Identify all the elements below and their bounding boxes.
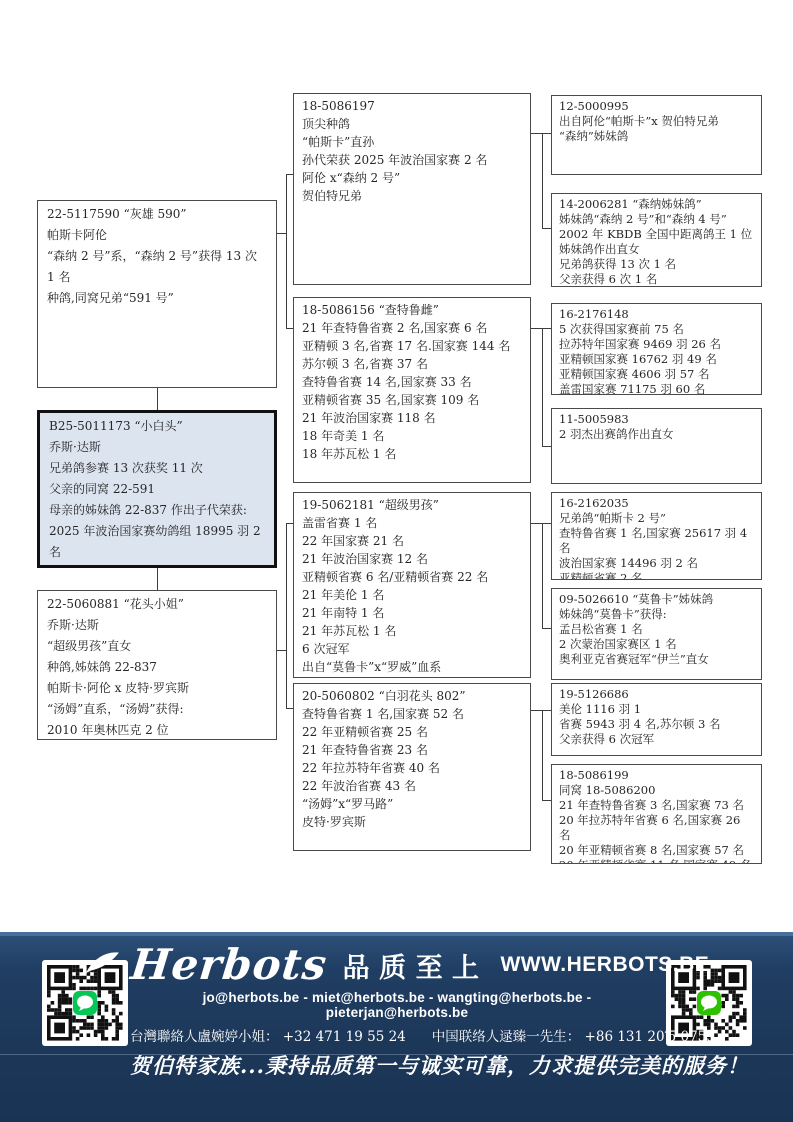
pedigree-box-line: 21 年查特鲁省赛 23 名 xyxy=(302,741,522,759)
pedigree-box-line: 21 年南特 1 名 xyxy=(302,604,522,622)
pedigree-box-line: “超级男孩”直女 xyxy=(47,636,267,657)
connector-line xyxy=(286,708,293,709)
pedigree-box-line: 顶尖种鸽 xyxy=(302,115,522,133)
connector-line xyxy=(542,800,551,801)
pedigree-box-22-5060881: 22-5060881 “花头小姐”乔斯·达斯“超级男孩”直女种鸽,姊妹鸽 22-… xyxy=(37,590,277,740)
pedigree-box-11-5005983: 11-50059832 羽杰出赛鸽作出直女 xyxy=(551,408,762,484)
connector-line xyxy=(286,328,293,329)
pedigree-box-19-5126686: 19-5126686美伦 1116 羽 1省赛 5943 羽 4 名,苏尔顿 3… xyxy=(551,683,762,756)
pedigree-box-line: 兄弟鸽“帕斯卡 2 号” xyxy=(559,511,754,526)
pedigree-box-line: 查特鲁省赛 1 名,国家赛 25617 羽 4 名 xyxy=(559,526,754,556)
pedigree-box-16-2162035: 16-2162035兄弟鸽“帕斯卡 2 号”查特鲁省赛 1 名,国家赛 2561… xyxy=(551,492,762,580)
footer-emails: jo@herbots.be - miet@herbots.be - wangti… xyxy=(130,990,664,1020)
pedigree-box-line: 22 年波治省赛 43 名 xyxy=(302,777,522,795)
herbots-logo: Herbots xyxy=(129,945,329,985)
pedigree-box-line: 兄弟鸽参赛 13 次获奖 11 次 xyxy=(49,458,265,479)
connector-line xyxy=(277,650,286,651)
pedigree-box-20-5060802: 20-5060802 “白羽花头 802”查特鲁省赛 1 名,国家赛 52 名2… xyxy=(293,683,531,851)
footer-website: WWW.HERBOTS.BE xyxy=(500,953,709,977)
pedigree-box-line: 孟吕松省赛 1 名 xyxy=(559,622,754,637)
pedigree-box-line: 姊妹鸽“森纳 2 号”和“森纳 4 号” xyxy=(559,212,754,227)
pedigree-page: 22-5117590 “灰雄 590”帕斯卡阿伦“森纳 2 号”系，“森纳 2 … xyxy=(0,0,793,1122)
pedigree-box-line: 父亲获得 6 次 1 名 xyxy=(559,272,754,287)
pedigree-box-title: 12-5000995 xyxy=(559,99,754,114)
pedigree-box-line: 22 年亚精顿省赛 25 名 xyxy=(302,723,522,741)
contact-taiwan: 台灣聯絡人盧婉婷小姐： +32 471 19 55 24 xyxy=(130,1029,406,1045)
pedigree-box-title: 14-2006281 “森纳姊妹鸽” xyxy=(559,197,754,212)
pedigree-box-18-5086199: 18-5086199同窝 18-508620021 年查特鲁省赛 3 名,国家赛… xyxy=(551,764,762,864)
pedigree-box-line: 亚精顿国家赛 4606 羽 57 名 xyxy=(559,367,754,382)
pedigree-box-line: 亚精顿 3 名,省赛 17 名.国家赛 144 名 xyxy=(302,337,522,355)
footer-center: Herbots 品质至上 WWW.HERBOTS.BE jo@herbots.b… xyxy=(130,942,664,1080)
pedigree-box-title: B25-5011173 “小白头” xyxy=(49,416,265,437)
connector-line xyxy=(542,228,551,229)
pedigree-box-line: 21 年波治国家赛 12 名 xyxy=(302,550,522,568)
footer-contacts: 台灣聯絡人盧婉婷小姐： +32 471 19 55 24中国联络人逯臻一先生： … xyxy=(130,1025,664,1045)
pedigree-box-line: 亚精顿省赛 2 名 xyxy=(559,571,754,580)
pedigree-box-line: 皮特·罗宾斯 xyxy=(302,813,522,831)
pedigree-box-line: “森纳”姊妹鸽 xyxy=(559,129,754,144)
connector-line xyxy=(542,523,543,628)
pedigree-box-line: 5 次获得国家赛前 75 名 xyxy=(559,322,754,337)
pedigree-box-line: 亚精顿国家赛 16762 羽 49 名 xyxy=(559,352,754,367)
pedigree-box-line: 省赛 5943 羽 4 名,苏尔顿 3 名 xyxy=(559,717,754,732)
connector-line xyxy=(531,523,551,524)
pedigree-box-line: 贺伯特兄弟 xyxy=(302,187,522,205)
pedigree-box-22-5117590: 22-5117590 “灰雄 590”帕斯卡阿伦“森纳 2 号”系，“森纳 2 … xyxy=(37,200,277,388)
pedigree-box-line: 同窝 18-5086200 xyxy=(559,783,754,798)
pedigree-box-16-2176148: 16-21761485 次获得国家赛前 75 名拉苏特年国家赛 9469 羽 2… xyxy=(551,303,762,395)
pedigree-box-line: “汤姆”直系，“汤姆”获得: xyxy=(47,699,267,720)
pedigree-box-title: 18-5086199 xyxy=(559,768,754,783)
pedigree-box-line: 18 年苏瓦松 1 名 xyxy=(302,445,522,463)
connector-line xyxy=(542,710,543,800)
footer-slogan: 品质至上 xyxy=(343,946,489,985)
pedigree-box-line: 波治国家赛 14496 羽 2 名 xyxy=(559,556,754,571)
pedigree-box-line: 拉苏特年国家赛 9469 羽 26 名 xyxy=(559,337,754,352)
pedigree-box-line: 21 年美伦 1 名 xyxy=(302,586,522,604)
pedigree-box-line: 出自“莫鲁卡”x“罗威”血系 xyxy=(302,658,522,676)
feather-icon xyxy=(85,950,119,980)
pedigree-box-title: 22-5060881 “花头小姐” xyxy=(47,594,267,615)
pedigree-box-line: “帕斯卡”直孙 xyxy=(302,133,522,151)
connector-line xyxy=(157,568,158,590)
pedigree-box-line: 22 年国家赛 21 名 xyxy=(302,532,522,550)
pedigree-box-14-2006281: 14-2006281 “森纳姊妹鸽”姊妹鸽“森纳 2 号”和“森纳 4 号”20… xyxy=(551,193,762,287)
pedigree-box-line: 21 年查特鲁省赛 2 名,国家赛 6 名 xyxy=(302,319,522,337)
footer-brand-row: Herbots 品质至上 WWW.HERBOTS.BE xyxy=(130,942,664,988)
connector-line xyxy=(286,174,293,175)
pedigree-box-line: 2025 年波治国家赛幼鸽组 18995 羽 2 名 xyxy=(49,521,265,563)
pedigree-box-line: 查特鲁省赛 14 名,国家赛 33 名 xyxy=(302,373,522,391)
pedigree-box-line: 20 年亚精顿省赛 11 名,国家赛 49 名 xyxy=(559,858,754,864)
pedigree-box-line: 父亲的同窝 22-591 xyxy=(49,479,265,500)
pedigree-box-title: 19-5126686 xyxy=(559,687,754,702)
connector-line xyxy=(531,328,551,329)
contact-china: 中国联络人逯臻一先生： +86 131 20′5 0755 xyxy=(432,1029,715,1045)
connector-line xyxy=(157,388,158,410)
pedigree-box-line: 兄弟鸽获得 13 次 1 名 xyxy=(559,257,754,272)
pedigree-box-line: 2 次蒙治国家赛区 1 名 xyxy=(559,637,754,652)
connector-line xyxy=(531,710,551,711)
pedigree-box-line: 2002 年 KBDB 全国中距离鸽王 1 位姊妹鸽作出直女 xyxy=(559,227,754,257)
connector-line xyxy=(542,628,551,629)
pedigree-box-line: 亚精顿省赛 35 名,国家赛 109 名 xyxy=(302,391,522,409)
footer-banner: Herbots 品质至上 WWW.HERBOTS.BE jo@herbots.b… xyxy=(0,932,793,1122)
pedigree-box-line: 帕斯卡·阿伦 x 皮特·罗宾斯 xyxy=(47,678,267,699)
pedigree-box-title: 09-5026610 “莫鲁卡”姊妹鸽 xyxy=(559,592,754,607)
pedigree-box-line: 乔斯·达斯 xyxy=(47,615,267,636)
pedigree-box-line: 21 年苏瓦松 1 名 xyxy=(302,622,522,640)
pedigree-box-B25-5011173: B25-5011173 “小白头”乔斯·达斯兄弟鸽参赛 13 次获奖 11 次父… xyxy=(37,410,277,568)
pedigree-box-line: 6 次冠军 xyxy=(302,640,522,658)
connector-line xyxy=(542,446,551,447)
connector-line xyxy=(277,233,286,234)
pedigree-box-title: 19-5062181 “超级男孩” xyxy=(302,496,522,514)
pedigree-box-line: “森纳 2 号”系，“森纳 2 号”获得 13 次 1 名 xyxy=(47,246,267,288)
pedigree-box-line: 查特鲁省赛 1 名,国家赛 52 名 xyxy=(302,705,522,723)
pedigree-box-line: 18 年奇美 1 名 xyxy=(302,427,522,445)
pedigree-box-18-5086197: 18-5086197顶尖种鸽“帕斯卡”直孙孙代荣获 2025 年波治国家赛 2 … xyxy=(293,93,531,285)
pedigree-box-line: 亚精顿省赛 6 名/亚精顿省赛 22 名 xyxy=(302,568,522,586)
pedigree-box-title: 18-5086156 “查特鲁雌” xyxy=(302,301,522,319)
pedigree-box-line: 种鸽,姊妹鸽 22-837 xyxy=(47,657,267,678)
pedigree-box-line: 阿伦 x“森纳 2 号” xyxy=(302,169,522,187)
pedigree-box-line: 2 羽杰出赛鸽作出直女 xyxy=(559,427,754,442)
pedigree-box-line: 美伦 1116 羽 1 xyxy=(559,702,754,717)
pedigree-box-19-5062181: 19-5062181 “超级男孩”盖雷省赛 1 名22 年国家赛 21 名21 … xyxy=(293,492,531,678)
pedigree-box-18-5086156: 18-5086156 “查特鲁雌”21 年查特鲁省赛 2 名,国家赛 6 名亚精… xyxy=(293,297,531,483)
pedigree-box-title: 16-2162035 xyxy=(559,496,754,511)
pedigree-box-title: 16-2176148 xyxy=(559,307,754,322)
pedigree-box-line: 盖雷省赛 1 名 xyxy=(302,514,522,532)
pedigree-box-title: 22-5117590 “灰雄 590” xyxy=(47,204,267,225)
pedigree-box-line: 父亲获得 6 次冠军 xyxy=(559,732,754,747)
connector-line xyxy=(531,133,551,134)
footer-divider-line xyxy=(0,1054,793,1055)
pedigree-box-line: 孙代荣获 2025 年波治国家赛 2 名 xyxy=(302,151,522,169)
pedigree-box-09-5026610: 09-5026610 “莫鲁卡”姊妹鸽姊妹鸽“莫鲁卡”获得:孟吕松省赛 1 名2… xyxy=(551,588,762,680)
connector-line xyxy=(542,328,543,446)
connector-line xyxy=(286,523,287,708)
pedigree-box-line: 20 年拉苏特年省赛 6 名,国家赛 26 名 xyxy=(559,813,754,843)
pedigree-box-line: 盖雷国家赛 71175 羽 60 名 xyxy=(559,382,754,395)
pedigree-box-title: 18-5086197 xyxy=(302,97,522,115)
pedigree-box-line: 21 年波治国家赛 118 名 xyxy=(302,409,522,427)
pedigree-box-line: 帕斯卡阿伦 xyxy=(47,225,267,246)
pedigree-box-line: 出自阿伦“帕斯卡”x 贺伯特兄弟 xyxy=(559,114,754,129)
pedigree-box-line: 苏尔顿 3 名,省赛 37 名 xyxy=(302,355,522,373)
pedigree-box-line: 母亲的姊妹鸽 22-837 作出子代荣获: xyxy=(49,500,265,521)
pedigree-box-line: 2010 年奥林匹克 2 位 xyxy=(47,720,267,740)
pedigree-box-line: “汤姆”x“罗马路” xyxy=(302,795,522,813)
pedigree-box-line: 种鸽,同窝兄弟“591 号” xyxy=(47,288,267,309)
pedigree-box-line: 奥利亚克省赛冠军“伊兰”直女 xyxy=(559,652,754,667)
pedigree-box-title: 20-5060802 “白羽花头 802” xyxy=(302,687,522,705)
pedigree-box-line: 20 年亚精顿省赛 8 名,国家赛 57 名 xyxy=(559,843,754,858)
pedigree-box-title: 11-5005983 xyxy=(559,412,754,427)
pedigree-box-12-5000995: 12-5000995出自阿伦“帕斯卡”x 贺伯特兄弟“森纳”姊妹鸽 xyxy=(551,95,762,175)
pedigree-box-line: 22 年拉苏特年省赛 40 名 xyxy=(302,759,522,777)
connector-line xyxy=(542,133,543,228)
pedigree-box-line: 姊妹鸽“莫鲁卡”获得: xyxy=(559,607,754,622)
pedigree-box-line: 乔斯·达斯 xyxy=(49,437,265,458)
pedigree-box-line: 21 年查特鲁省赛 3 名,国家赛 73 名 xyxy=(559,798,754,813)
connector-line xyxy=(286,174,287,328)
connector-line xyxy=(286,523,293,524)
